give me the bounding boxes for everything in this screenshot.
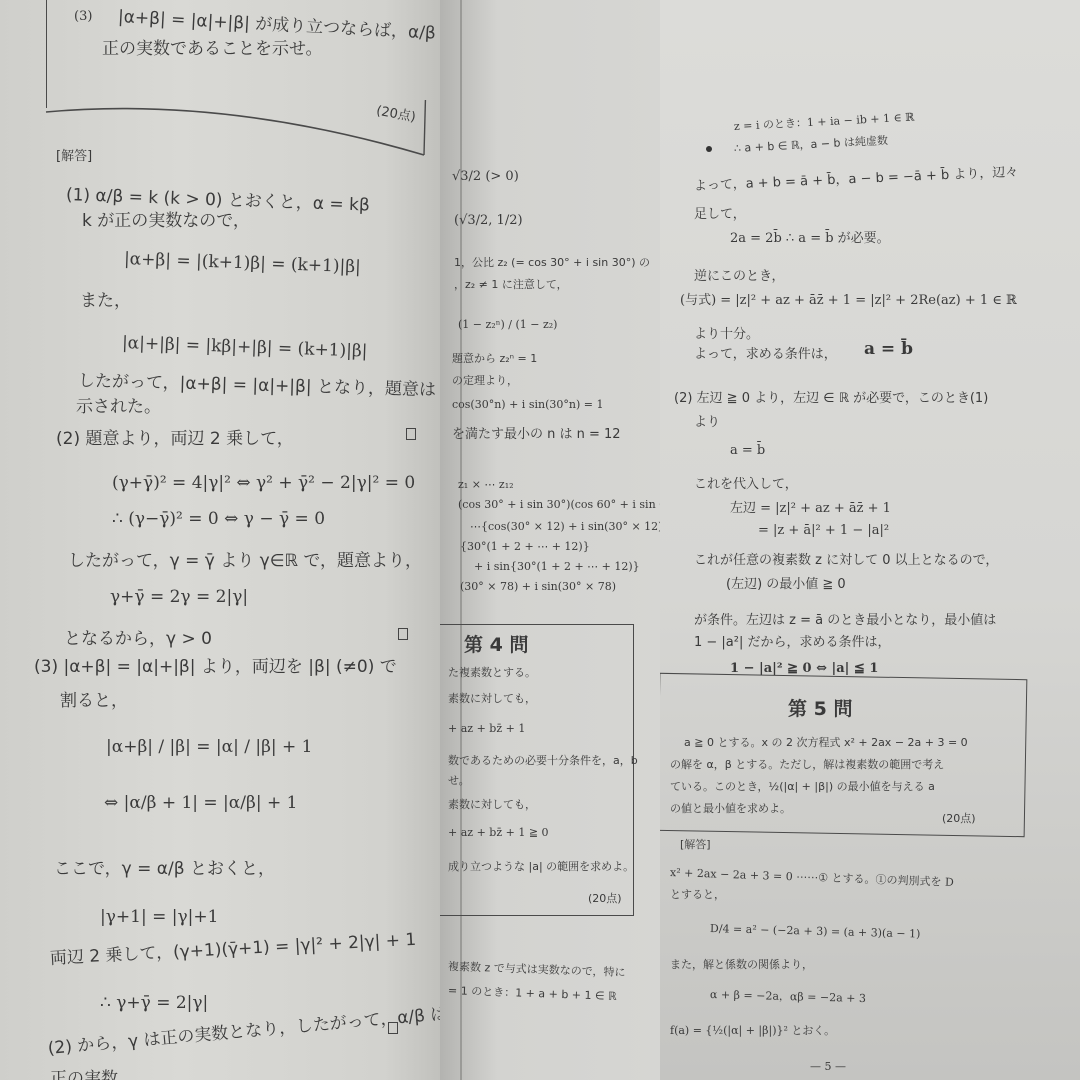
answer-line: 割ると，	[60, 692, 128, 710]
problem-4-line: 数であるための必要十分条件を，a，b	[448, 752, 638, 770]
answer-line: また，	[80, 292, 131, 310]
right-line: よって，a + b = ā + b̄，a − b = −ā + b̄ より，辺々	[694, 164, 1019, 196]
qed-icon	[388, 1022, 398, 1034]
qed-icon	[406, 428, 416, 440]
points-label: (20点)	[588, 890, 622, 908]
right-line: (与式) = |z|² + az + āz̄ + 1 = |z|² + 2Re(…	[680, 292, 1017, 310]
right-page: z = i のとき：1 + ia − ib + 1 ∈ ℝ ∴ a + b ∈ …	[660, 0, 1080, 1080]
problem-5-title: 第 5 問	[788, 700, 852, 718]
answer-line: したがって，γ = γ̄ より γ∈ℝ で，題意より，	[68, 552, 422, 570]
bullet-icon	[706, 146, 712, 152]
mid-line: cos(30°n) + i sin(30°n) = 1	[452, 396, 603, 414]
left-page: (3) |α+β| = |α|+|β| が成り立つならば，α/β は 正の実数で…	[0, 0, 452, 1080]
mid-line: 題意から z₂ⁿ = 1	[452, 350, 537, 368]
problem-line: 正の実数であることを示せ。	[102, 40, 323, 58]
answer-line: |α|+|β| = |kβ|+|β| = (k+1)|β|	[122, 334, 368, 361]
right-line: よって，求める条件は，	[694, 346, 837, 364]
answer-line: (2) 題意より，両辺 2 乗して，	[56, 430, 294, 448]
mid-line: + i sin{30°(1 + 2 + ⋯ + 12)}	[474, 558, 640, 576]
mid-line: (30° × 78) + i sin(30° × 78)	[460, 578, 616, 596]
mid-line: の定理より，	[452, 372, 518, 390]
middle-strip: √3/2 (> 0) (√3/2, 1/2) 1，公比 z₂ (= cos 30…	[440, 0, 670, 1080]
part2-line: 1 − |a²| だから，求める条件は，	[694, 634, 891, 652]
part2-line: が条件。左辺は z = ā のとき最小となり，最小値は	[694, 612, 996, 630]
answer-line: また，解と係数の関係より，	[670, 956, 813, 974]
part2-line: これを代入して，	[694, 476, 798, 494]
answer-line: とすると，	[670, 886, 725, 904]
mid-bottom-line: 複素数 z で与式は実数なので，特に	[448, 958, 626, 982]
answer-line: ⇔ |α/β + 1| = |α/β| + 1	[104, 794, 297, 812]
problem-4-line: 素数に対しても，	[448, 690, 536, 708]
answer-line: 示された。	[76, 398, 161, 416]
mid-line: {30°(1 + 2 + ⋯ + 12)}	[460, 538, 590, 556]
part2-line: 左辺 = |z|² + az + āz̄ + 1	[730, 500, 891, 518]
part2-line: = |z + ā|² + 1 − |a|²	[758, 522, 889, 540]
problem-5-line: a ≧ 0 とする。x の 2 次方程式 x² + 2ax − 2a + 3 =…	[684, 734, 968, 752]
problem-4-line: + az + bz̄ + 1 ≧ 0	[448, 824, 549, 842]
answer-line: γ+γ̄ = 2γ = 2|γ|	[110, 588, 248, 606]
problem-4-line: た複素数とする。	[448, 664, 536, 682]
answer-line: k が正の実数なので，	[82, 212, 250, 230]
problem-4-line: 成り立つような |a| の範囲を求めよ。	[448, 858, 634, 876]
mid-line: 1，公比 z₂ (= cos 30° + i sin 30°) の	[454, 254, 650, 272]
answer-line: 両辺 2 乗して，(γ+1)(γ̄+1) = |γ|² + 2|γ| + 1	[50, 931, 417, 968]
problem-5-line: ている。このとき，½(|α| + |β|) の最小値を与える a	[670, 778, 935, 796]
right-result: a = b̄	[864, 340, 913, 358]
answer-line: したがって，|α+β| = |α|+|β| となり，題意は	[78, 372, 436, 399]
answer-line: |α+β| / |β| = |α| / |β| + 1	[106, 738, 313, 756]
points-label: (20点)	[942, 810, 976, 828]
mid-line: √3/2 (> 0)	[452, 168, 519, 186]
problem-num: (3)	[74, 8, 92, 26]
part2-line: (左辺) の最小値 ≧ 0	[726, 576, 846, 594]
right-line: より十分。	[694, 326, 759, 344]
problem-4-title: 第 4 問	[464, 636, 528, 654]
answer-line: ここで，γ = α/β とおくと，	[54, 860, 275, 878]
qed-icon	[398, 628, 408, 640]
right-line: z = i のとき：1 + ia − ib + 1 ∈ ℝ	[734, 109, 915, 136]
part2-line: (2) 左辺 ≧ 0 より，左辺 ∈ ℝ が必要で，このとき(1)	[674, 390, 988, 408]
answer-line: |α+β| = |(k+1)β| = (k+1)|β|	[124, 250, 361, 276]
answer-line: |γ+1| = |γ|+1	[100, 908, 218, 926]
mid-line: (√3/2, 1/2)	[454, 212, 523, 230]
part2-line: a = b̄	[730, 442, 765, 460]
problem-4-line: 素数に対しても，	[448, 796, 536, 814]
answer-label: [解答]	[680, 836, 711, 854]
mid-line: (cos 30° + i sin 30°)(cos 60° + i sin 60…	[458, 496, 670, 514]
mid-line: ⋯{cos(30° × 12) + i sin(30° × 12)}	[470, 518, 669, 536]
mid-bottom-line: = 1 のとき：1 + a + b + 1 ∈ ℝ	[448, 982, 617, 1006]
answer-line: D/4 = a² − (−2a + 3) = (a + 3)(a − 1)	[710, 920, 921, 944]
right-line: 足して，	[694, 206, 746, 224]
answer-line: ∴ (γ−γ̄)² = 0 ⇔ γ − γ̄ = 0	[112, 510, 325, 528]
problem-5-line: の解を α，β とする。ただし，解は複素数の範囲で考え	[670, 756, 944, 774]
problem-4-line: せ。	[448, 772, 470, 790]
problem-4-line: + az + bz̄ + 1	[448, 720, 525, 738]
answer-label: [解答]	[56, 148, 92, 166]
mid-line: (1 − z₂ⁿ) / (1 − z₂)	[458, 316, 557, 334]
answer-line: ∴ γ+γ̄ = 2|γ|	[100, 994, 208, 1012]
answer-line: (3) |α+β| = |α|+|β| より，両辺を |β| (≠0) で	[34, 658, 397, 676]
answer-line: 正の実数	[50, 1070, 118, 1080]
answer-line: となるから，γ > 0	[64, 630, 212, 648]
mid-line: を満たす最小の n は n = 12	[452, 426, 621, 444]
answer-line: (γ+γ̄)² = 4|γ|² ⇔ γ² + γ̄² − 2|γ|² = 0	[112, 474, 415, 492]
part2-line: これが任意の複素数 z に対して 0 以上となるので，	[694, 552, 998, 570]
right-line: 2a = 2b̄ ∴ a = b̄ が必要。	[730, 230, 890, 248]
page-number: — 5 —	[810, 1058, 846, 1076]
answer-line: α + β = −2a，αβ = −2a + 3	[710, 986, 866, 1008]
part2-line: より	[694, 414, 720, 432]
mid-line: ，z₂ ≠ 1 に注意して，	[454, 276, 568, 294]
problem-5-line: の値と最小値を求めよ。	[670, 800, 791, 818]
right-line: ∴ a + b ∈ ℝ，a − b は純虚数	[734, 132, 889, 158]
mid-line: z₁ × ⋯ z₁₂	[458, 476, 514, 494]
right-line: 逆にこのとき，	[694, 268, 784, 286]
answer-line: f(a) = {½(|α| + |β|)}² とおく。	[670, 1022, 835, 1040]
